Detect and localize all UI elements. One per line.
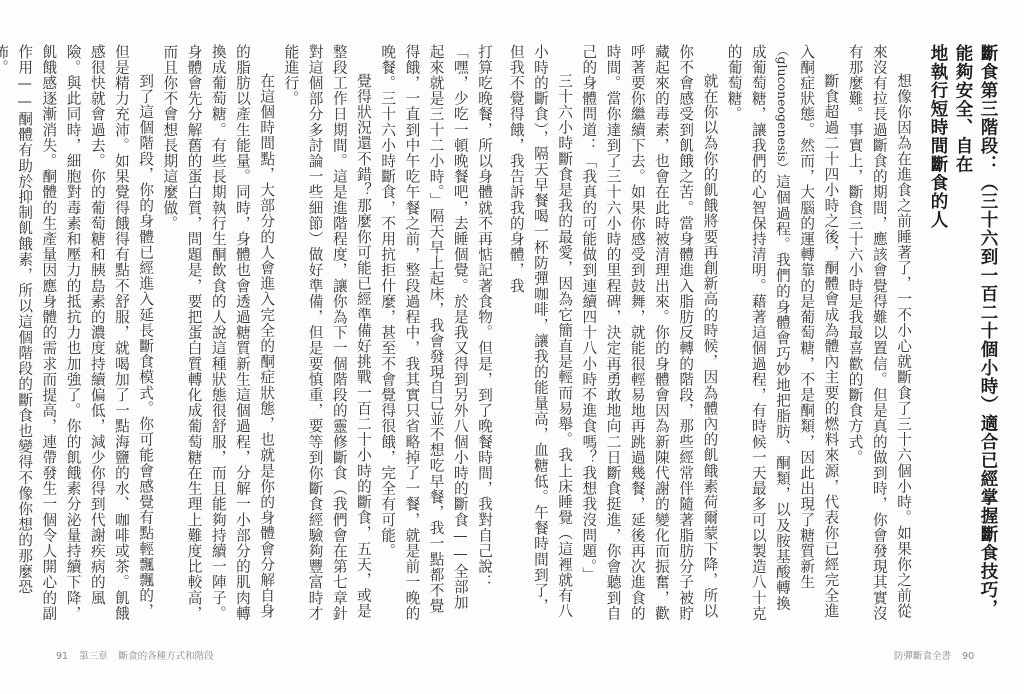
section-heading: 斷食第三階段：（三十六到一百二十個小時）適合已經掌握斷食技巧，能夠安全、自在 地…	[925, 44, 1000, 624]
paragraph: 打算吃晚餐，所以身體就不再惦記著食物。但是，到了晚餐時間，我對自己說：「嘿，少吃…	[375, 44, 496, 624]
left-page-body: 打算吃晚餐，所以身體就不再惦記著食物。但是，到了晚餐時間，我對自己說：「嘿，少吃…	[20, 44, 496, 624]
page-number: 90	[962, 651, 974, 662]
paragraph-text: 斷食超過二十四小時之後，酮體會成為體內主要的燃料來源，代表你已經完全進入酮症狀態…	[798, 44, 839, 619]
right-page-footer: 防彈斷食全書 90	[894, 648, 982, 662]
right-page-body: 斷食第三階段：（三十六到一百二十個小時）適合已經掌握斷食技巧，能夠安全、自在 地…	[530, 44, 1000, 624]
paragraph: 就在你以為你的飢餓將要再創新高的時候，因為體內的飢餓素荷爾蒙下降，所以你不會感受…	[576, 44, 721, 624]
page-number: 91	[56, 651, 68, 662]
paragraph: 想像你因為在進食之前睡著了，一不小心就斷食了三十六個小時。如果你之前從來沒有拉長…	[842, 44, 915, 624]
chapter-label: 第三章	[79, 651, 108, 662]
paragraph: 三十六小時斷食是我的最愛，因為它簡直是輕而易舉。我上床睡覺（這裡就有八小時的斷食…	[504, 44, 577, 624]
section-heading-line-2: 地執行短時間斷食的人	[925, 44, 950, 624]
left-page: 打算吃晚餐，所以身體就不再惦記著食物。但是，到了晚餐時間，我對自己說：「嘿，少吃…	[0, 0, 512, 694]
book-title: 防彈斷食全書	[894, 651, 951, 662]
paragraph: 在這個時間點，大部分的人會進入完全的酮症狀態，也就是你的身體會分解自身的脂肪以產…	[157, 44, 278, 624]
paragraph: 斷食超過二十四小時之後，酮體會成為體內主要的燃料來源，代表你已經完全進入酮症狀態…	[721, 44, 842, 624]
paragraph: 覺得狀況還不錯？那麼你可能已經準備好挑戰一百二十小時的斷食，五天，或是整段工作日…	[278, 44, 375, 624]
section-heading-line-1: 斷食第三階段：（三十六到一百二十個小時）適合已經掌握斷食技巧，能夠安全、自在	[950, 44, 1000, 624]
book-spread: 斷食第三階段：（三十六到一百二十個小時）適合已經掌握斷食技巧，能夠安全、自在 地…	[0, 0, 1024, 694]
paragraph: 到了這個階段，你的身體已經進入延長斷食模式。你可能會感覺有點輕飄飄的，但是精力充…	[0, 44, 157, 624]
chapter-title: 斷食的各種方式和階段	[119, 651, 214, 662]
latin-term: （gluconeogenesis）	[775, 44, 790, 174]
right-page: 斷食第三階段：（三十六到一百二十個小時）適合已經掌握斷食技巧，能夠安全、自在 地…	[512, 0, 1024, 694]
left-page-footer: 91 第三章 斷食的各種方式和階段	[56, 648, 222, 662]
